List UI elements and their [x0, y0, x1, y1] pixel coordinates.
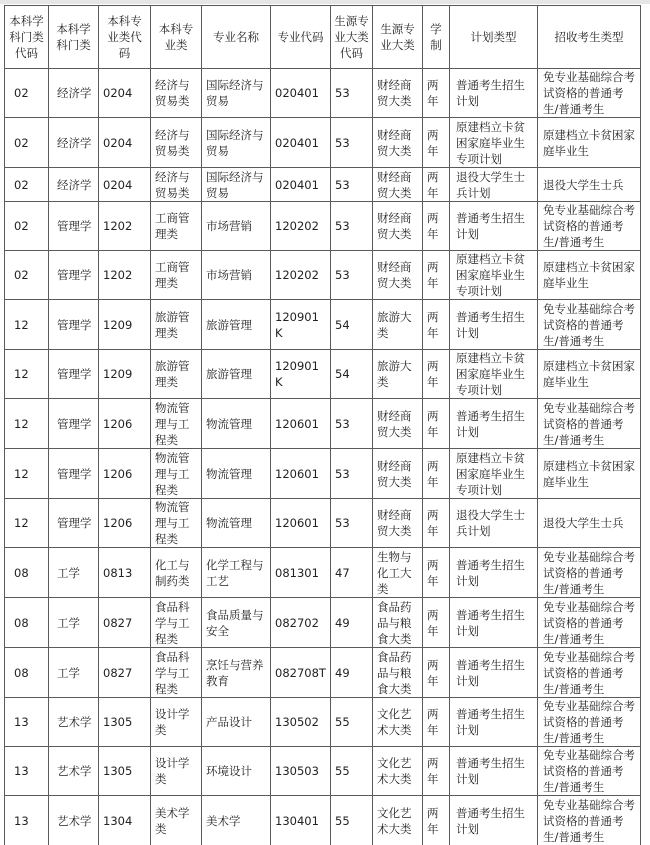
- cell-source-category-code: 53: [331, 499, 373, 548]
- cell-duration: 两年: [423, 548, 450, 598]
- cell-discipline: 管理学: [49, 251, 99, 300]
- cell-major-class: 经济与贸易类: [151, 69, 202, 118]
- cell-plan-type: 普通考生招生计划: [450, 548, 538, 598]
- cell-major-class-code: 1202: [99, 251, 151, 300]
- cell-major-class-code: 1206: [99, 499, 151, 548]
- cell-candidate-type: 原建档立卡贫困家庭毕业生: [538, 251, 641, 300]
- cell-discipline-code: 13: [5, 747, 49, 796]
- cell-source-category: 财经商贸大类: [373, 202, 423, 251]
- cell-source-category: 生物与化工大类: [373, 548, 423, 598]
- cell-major-class: 工商管理类: [151, 251, 202, 300]
- cell-discipline: 管理学: [49, 350, 99, 399]
- cell-major-class-code: 0204: [99, 69, 151, 118]
- cell-source-category-code: 47: [331, 548, 373, 598]
- cell-discipline-code: 13: [5, 698, 49, 747]
- cell-major-code: 120601: [271, 449, 331, 499]
- cell-plan-type: 退役大学生士兵计划: [450, 499, 538, 548]
- cell-discipline: 管理学: [49, 449, 99, 499]
- cell-major-name: 烹饪与营养教育: [202, 648, 271, 698]
- cell-major-code: 020401: [271, 118, 331, 168]
- table-row: 02经济学0204经济与贸易类国际经济与贸易02040153财经商贸大类两年退役…: [5, 168, 641, 202]
- cell-duration: 两年: [423, 69, 450, 118]
- cell-discipline: 艺术学: [49, 796, 99, 845]
- header-major-class: 本科专业类: [151, 6, 202, 69]
- cell-discipline: 艺术学: [49, 747, 99, 796]
- cell-major-name: 环境设计: [202, 747, 271, 796]
- cell-duration: 两年: [423, 300, 450, 350]
- table-row: 12管理学1209旅游管理类旅游管理120901K54旅游大类两年原建档立卡贫困…: [5, 350, 641, 399]
- cell-major-code: 120202: [271, 251, 331, 300]
- cell-major-class-code: 1305: [99, 698, 151, 747]
- cell-plan-type: 原建档立卡贫困家庭毕业生专项计划: [450, 449, 538, 499]
- cell-major-code: 020401: [271, 168, 331, 202]
- cell-major-name: 化学工程与工艺: [202, 548, 271, 598]
- cell-source-category: 财经商贸大类: [373, 499, 423, 548]
- cell-source-category: 财经商贸大类: [373, 251, 423, 300]
- cell-major-class-code: 0204: [99, 168, 151, 202]
- cell-candidate-type: 免专业基础综合考试资格的普通考生/普通考生: [538, 69, 641, 118]
- cell-major-class-code: 0204: [99, 118, 151, 168]
- cell-major-name: 物流管理: [202, 399, 271, 449]
- header-row: 本科学科门类代码 本科学科门类 本科专业类代码 本科专业类 专业名称 专业代码 …: [5, 6, 641, 69]
- cell-major-code: 130503: [271, 747, 331, 796]
- table-row: 12管理学1209旅游管理类旅游管理120901K54旅游大类两年普通考生招生计…: [5, 300, 641, 350]
- cell-major-code: 082702: [271, 598, 331, 648]
- table-row: 12管理学1206物流管理与工程类物流管理12060153财经商贸大类两年原建档…: [5, 449, 641, 499]
- header-major-code: 专业代码: [271, 6, 331, 69]
- cell-source-category: 文化艺术大类: [373, 698, 423, 747]
- cell-duration: 两年: [423, 648, 450, 698]
- cell-source-category: 文化艺术大类: [373, 796, 423, 845]
- cell-discipline-code: 02: [5, 69, 49, 118]
- header-source-category: 生源专业大类: [373, 6, 423, 69]
- cell-discipline-code: 02: [5, 118, 49, 168]
- cell-major-class-code: 0813: [99, 548, 151, 598]
- cell-major-class: 物流管理与工程类: [151, 399, 202, 449]
- cell-candidate-type: 免专业基础综合考试资格的普通考生/普通考生: [538, 796, 641, 845]
- cell-major-class: 食品科学与工程类: [151, 598, 202, 648]
- header-discipline: 本科学科门类: [49, 6, 99, 69]
- cell-plan-type: 普通考生招生计划: [450, 747, 538, 796]
- cell-major-code: 130401: [271, 796, 331, 845]
- cell-plan-type: 普通考生招生计划: [450, 69, 538, 118]
- table-row: 02经济学0204经济与贸易类国际经济与贸易02040153财经商贸大类两年原建…: [5, 118, 641, 168]
- cell-source-category: 财经商贸大类: [373, 168, 423, 202]
- cell-discipline: 管理学: [49, 499, 99, 548]
- cell-major-class: 化工与制药类: [151, 548, 202, 598]
- cell-duration: 两年: [423, 598, 450, 648]
- cell-discipline: 工学: [49, 598, 99, 648]
- cell-plan-type: 原建档立卡贫困家庭毕业生专项计划: [450, 350, 538, 399]
- cell-major-code: 120202: [271, 202, 331, 251]
- cell-candidate-type: 原建档立卡贫困家庭毕业生: [538, 118, 641, 168]
- cell-source-category: 财经商贸大类: [373, 118, 423, 168]
- cell-duration: 两年: [423, 202, 450, 251]
- cell-plan-type: 原建档立卡贫困家庭毕业生专项计划: [450, 251, 538, 300]
- cell-candidate-type: 免专业基础综合考试资格的普通考生/普通考生: [538, 548, 641, 598]
- cell-source-category-code: 54: [331, 350, 373, 399]
- cell-discipline-code: 13: [5, 796, 49, 845]
- table-row: 02经济学0204经济与贸易类国际经济与贸易02040153财经商贸大类两年普通…: [5, 69, 641, 118]
- cell-candidate-type: 退役大学生士兵: [538, 168, 641, 202]
- cell-major-name: 物流管理: [202, 449, 271, 499]
- cell-candidate-type: 原建档立卡贫困家庭毕业生: [538, 449, 641, 499]
- cell-plan-type: 普通考生招生计划: [450, 202, 538, 251]
- cell-duration: 两年: [423, 399, 450, 449]
- cell-discipline-code: 12: [5, 399, 49, 449]
- cell-discipline-code: 12: [5, 449, 49, 499]
- header-major-class-code: 本科专业类代码: [99, 6, 151, 69]
- cell-discipline: 工学: [49, 648, 99, 698]
- cell-major-class: 食品科学与工程类: [151, 648, 202, 698]
- cell-major-name: 食品质量与安全: [202, 598, 271, 648]
- cell-major-class-code: 1206: [99, 399, 151, 449]
- cell-major-code: 082708T: [271, 648, 331, 698]
- cell-major-code: 020401: [271, 69, 331, 118]
- cell-discipline: 管理学: [49, 399, 99, 449]
- cell-discipline: 经济学: [49, 118, 99, 168]
- cell-major-name: 物流管理: [202, 499, 271, 548]
- cell-duration: 两年: [423, 168, 450, 202]
- cell-candidate-type: 免专业基础综合考试资格的普通考生/普通考生: [538, 698, 641, 747]
- cell-plan-type: 普通考生招生计划: [450, 598, 538, 648]
- cell-source-category: 食品药品与粮食大类: [373, 598, 423, 648]
- cell-major-class: 旅游管理类: [151, 350, 202, 399]
- cell-major-class-code: 1209: [99, 350, 151, 399]
- cell-major-class: 旅游管理类: [151, 300, 202, 350]
- cell-source-category-code: 55: [331, 747, 373, 796]
- cell-major-name: 市场营销: [202, 202, 271, 251]
- table-row: 02管理学1202工商管理类市场营销12020253财经商贸大类两年普通考生招生…: [5, 202, 641, 251]
- cell-major-name: 国际经济与贸易: [202, 69, 271, 118]
- table-row: 13艺术学1305设计学类产品设计13050255文化艺术大类两年普通考生招生计…: [5, 698, 641, 747]
- cell-source-category-code: 53: [331, 69, 373, 118]
- cell-plan-type: 退役大学生士兵计划: [450, 168, 538, 202]
- cell-discipline: 经济学: [49, 69, 99, 118]
- header-candidate-type: 招收考生类型: [538, 6, 641, 69]
- cell-major-name: 旅游管理: [202, 300, 271, 350]
- cell-candidate-type: 免专业基础综合考试资格的普通考生/普通考生: [538, 747, 641, 796]
- cell-major-class-code: 0827: [99, 598, 151, 648]
- table-row: 08工学0827食品科学与工程类烹饪与营养教育082708T49食品药品与粮食大…: [5, 648, 641, 698]
- cell-major-class: 经济与贸易类: [151, 118, 202, 168]
- table-row: 08工学0827食品科学与工程类食品质量与安全08270249食品药品与粮食大类…: [5, 598, 641, 648]
- cell-source-category: 文化艺术大类: [373, 747, 423, 796]
- cell-discipline-code: 08: [5, 648, 49, 698]
- cell-candidate-type: 原建档立卡贫困家庭毕业生: [538, 350, 641, 399]
- cell-plan-type: 普通考生招生计划: [450, 796, 538, 845]
- cell-major-name: 国际经济与贸易: [202, 168, 271, 202]
- cell-source-category-code: 55: [331, 698, 373, 747]
- cell-discipline: 艺术学: [49, 698, 99, 747]
- table-row: 08工学0813化工与制药类化学工程与工艺08130147生物与化工大类两年普通…: [5, 548, 641, 598]
- cell-source-category: 财经商贸大类: [373, 69, 423, 118]
- cell-plan-type: 普通考生招生计划: [450, 399, 538, 449]
- cell-discipline-code: 02: [5, 168, 49, 202]
- cell-major-class-code: 1206: [99, 449, 151, 499]
- cell-major-name: 产品设计: [202, 698, 271, 747]
- cell-plan-type: 普通考生招生计划: [450, 698, 538, 747]
- cell-source-category-code: 53: [331, 202, 373, 251]
- cell-major-name: 市场营销: [202, 251, 271, 300]
- cell-candidate-type: 免专业基础综合考试资格的普通考生/普通考生: [538, 202, 641, 251]
- header-major-name: 专业名称: [202, 6, 271, 69]
- cell-discipline: 经济学: [49, 168, 99, 202]
- cell-source-category-code: 49: [331, 598, 373, 648]
- cell-candidate-type: 免专业基础综合考试资格的普通考生/普通考生: [538, 399, 641, 449]
- cell-source-category-code: 49: [331, 648, 373, 698]
- cell-major-code: 120901K: [271, 350, 331, 399]
- cell-major-code: 120901K: [271, 300, 331, 350]
- cell-plan-type: 普通考生招生计划: [450, 300, 538, 350]
- cell-major-code: 120601: [271, 499, 331, 548]
- cell-major-code: 130502: [271, 698, 331, 747]
- cell-source-category: 旅游大类: [373, 350, 423, 399]
- cell-duration: 两年: [423, 118, 450, 168]
- cell-major-code: 081301: [271, 548, 331, 598]
- cell-major-class: 设计学类: [151, 698, 202, 747]
- admissions-plan-table: 本科学科门类代码 本科学科门类 本科专业类代码 本科专业类 专业名称 专业代码 …: [4, 5, 641, 845]
- cell-source-category-code: 53: [331, 118, 373, 168]
- table-row: 02管理学1202工商管理类市场营销12020253财经商贸大类两年原建档立卡贫…: [5, 251, 641, 300]
- cell-source-category-code: 54: [331, 300, 373, 350]
- table-row: 13艺术学1304美术学类美术学13040155文化艺术大类两年普通考生招生计划…: [5, 796, 641, 845]
- cell-plan-type: 普通考生招生计划: [450, 648, 538, 698]
- cell-discipline-code: 12: [5, 499, 49, 548]
- header-duration: 学制: [423, 6, 450, 69]
- cell-major-class-code: 1305: [99, 747, 151, 796]
- cell-source-category: 旅游大类: [373, 300, 423, 350]
- cell-source-category-code: 55: [331, 796, 373, 845]
- cell-major-class-code: 1209: [99, 300, 151, 350]
- cell-candidate-type: 免专业基础综合考试资格的普通考生/普通考生: [538, 300, 641, 350]
- cell-discipline: 管理学: [49, 300, 99, 350]
- cell-source-category: 财经商贸大类: [373, 399, 423, 449]
- cell-major-name: 国际经济与贸易: [202, 118, 271, 168]
- cell-major-class: 工商管理类: [151, 202, 202, 251]
- cell-candidate-type: 免专业基础综合考试资格的普通考生/普通考生: [538, 648, 641, 698]
- header-source-category-code: 生源专业大类代码: [331, 6, 373, 69]
- cell-major-class: 经济与贸易类: [151, 168, 202, 202]
- cell-major-class-code: 0827: [99, 648, 151, 698]
- cell-source-category-code: 53: [331, 168, 373, 202]
- cell-major-class: 设计学类: [151, 747, 202, 796]
- cell-discipline: 工学: [49, 548, 99, 598]
- cell-major-class-code: 1202: [99, 202, 151, 251]
- cell-discipline: 管理学: [49, 202, 99, 251]
- cell-major-class-code: 1304: [99, 796, 151, 845]
- cell-duration: 两年: [423, 747, 450, 796]
- cell-candidate-type: 免专业基础综合考试资格的普通考生/普通考生: [538, 598, 641, 648]
- cell-major-class: 物流管理与工程类: [151, 449, 202, 499]
- top-band: [0, 0, 650, 4]
- cell-candidate-type: 退役大学生士兵: [538, 499, 641, 548]
- cell-source-category-code: 53: [331, 399, 373, 449]
- cell-source-category-code: 53: [331, 251, 373, 300]
- cell-major-code: 120601: [271, 399, 331, 449]
- cell-discipline-code: 08: [5, 548, 49, 598]
- header-discipline-code: 本科学科门类代码: [5, 6, 49, 69]
- cell-source-category: 食品药品与粮食大类: [373, 648, 423, 698]
- cell-duration: 两年: [423, 350, 450, 399]
- cell-duration: 两年: [423, 698, 450, 747]
- cell-discipline-code: 02: [5, 251, 49, 300]
- cell-plan-type: 原建档立卡贫困家庭毕业生专项计划: [450, 118, 538, 168]
- cell-source-category: 财经商贸大类: [373, 449, 423, 499]
- cell-duration: 两年: [423, 251, 450, 300]
- cell-source-category-code: 53: [331, 449, 373, 499]
- cell-major-class: 美术学类: [151, 796, 202, 845]
- cell-major-name: 美术学: [202, 796, 271, 845]
- cell-discipline-code: 12: [5, 350, 49, 399]
- cell-duration: 两年: [423, 796, 450, 845]
- cell-major-name: 旅游管理: [202, 350, 271, 399]
- cell-duration: 两年: [423, 449, 450, 499]
- header-plan-type: 计划类型: [450, 6, 538, 69]
- cell-major-class: 物流管理与工程类: [151, 499, 202, 548]
- table-row: 12管理学1206物流管理与工程类物流管理12060153财经商贸大类两年普通考…: [5, 399, 641, 449]
- cell-duration: 两年: [423, 499, 450, 548]
- cell-discipline-code: 12: [5, 300, 49, 350]
- table-row: 12管理学1206物流管理与工程类物流管理12060153财经商贸大类两年退役大…: [5, 499, 641, 548]
- cell-discipline-code: 08: [5, 598, 49, 648]
- table-row: 13艺术学1305设计学类环境设计13050355文化艺术大类两年普通考生招生计…: [5, 747, 641, 796]
- cell-discipline-code: 02: [5, 202, 49, 251]
